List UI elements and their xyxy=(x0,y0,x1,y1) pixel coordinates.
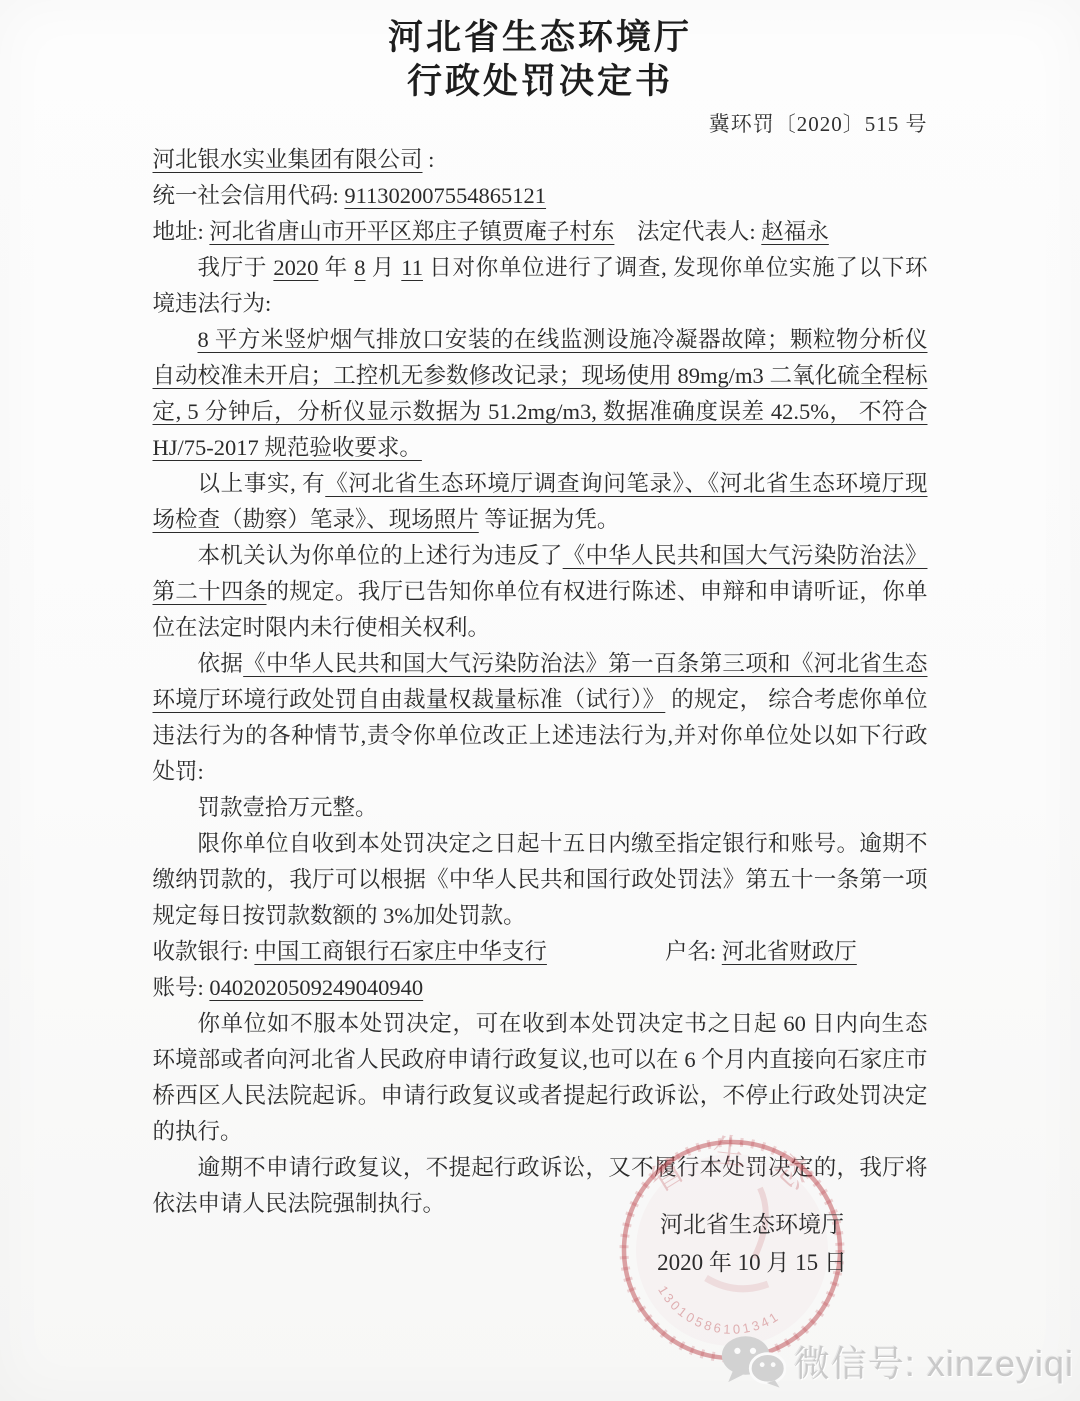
document-number: 冀环罚〔2020〕515 号 xyxy=(153,110,928,138)
title-line-1: 河北省生态环境厅 xyxy=(0,16,1080,60)
payment-deadline-paragraph: 限你单位自收到本处罚决定之日起十五日内缴至指定银行和账号。逾期不缴纳罚款的，我厅… xyxy=(153,826,928,934)
underlined-field: 河北省唐山市开平区郑庄子镇贾庵子村东 xyxy=(209,219,614,244)
wechat-icon xyxy=(720,1333,786,1389)
penalty-basis-paragraph: 依据《中华人民共和国大气污染防治法》第一百条第三项和《河北省生态环境厅环境行政处… xyxy=(153,646,928,790)
underlined-field: 11 xyxy=(401,255,423,280)
text-run: 收款银行: xyxy=(153,939,255,964)
fine-amount-paragraph: 罚款壹拾万元整。 xyxy=(153,790,928,826)
spacer xyxy=(547,958,665,959)
title-line-2: 行政处罚决定书 xyxy=(0,60,1080,104)
text-run: 你单位如不服本处罚决定，可在收到本处罚决定书之日起 60 日内向生态环境部或者向… xyxy=(153,1011,928,1144)
text-run: 本机关认为你单位的上述行为违反了 xyxy=(198,543,563,568)
text-run: 我厅于 xyxy=(198,255,274,280)
signature-date: 2020 年 10 月 15 日 xyxy=(618,1244,886,1282)
text-run: 的规定。我厅已告知你单位有权进行陈述、申辩和申请听证，你单位在法定时限内未行使相… xyxy=(153,579,928,640)
violation-paragraph: 8 平方米竖炉烟气排放口安装的在线监测设施冷凝器故障；颗粒物分析仪自动校准未开启… xyxy=(153,322,928,466)
underlined-field: 8 平方米竖炉烟气排放口安装的在线监测设施冷凝器故障；颗粒物分析仪自动校准未开启… xyxy=(153,327,928,460)
text-run: 法定代表人: xyxy=(614,219,761,244)
credit-code-line: 统一社会信用代码: 911302007554865121 xyxy=(153,178,928,214)
text-run: 户名: xyxy=(665,939,722,964)
text-run: : xyxy=(423,147,435,172)
text-run: 依据 xyxy=(198,651,244,676)
scanned-document-page: 河北省生态环境厅 行政处罚决定书 冀环罚〔2020〕515 号 河北银水实业集团… xyxy=(0,0,1080,1401)
text-run: 账号: xyxy=(153,975,210,1000)
signature-block: 河北省生态环境厅 2020 年 10 月 15 日 xyxy=(618,1206,886,1282)
text-run: 罚款壹拾万元整。 xyxy=(198,795,378,820)
underlined-field: 911302007554865121 xyxy=(344,183,546,208)
investigation-paragraph: 我厅于 2020 年 8 月 11 日对你单位进行了调查, 发现你单位实施了以下… xyxy=(153,250,928,322)
text-run: 统一社会信用代码: xyxy=(153,183,345,208)
text-run: 年 xyxy=(318,255,354,280)
underlined-field: 河北银水实业集团有限公司 xyxy=(153,147,423,172)
legal-finding-paragraph: 本机关认为你单位的上述行为违反了《中华人民共和国大气污染防治法》第二十四条的规定… xyxy=(153,538,928,646)
text-run: 以上事实, 有 xyxy=(198,471,326,496)
evidence-paragraph: 以上事实, 有《河北省生态环境厅调查询问笔录》、《河北省生态环境厅现场检查（勘察… xyxy=(153,466,928,538)
account-line: 账号: 0402020509249040940 xyxy=(153,970,928,1006)
underlined-field: 中国工商银行石家庄中华支行 xyxy=(254,939,547,964)
watermark: 微信号: xinzeyiqi xyxy=(720,1333,1074,1389)
text-run: 地址: xyxy=(153,219,210,244)
underlined-field: 0402020509249040940 xyxy=(209,975,423,1000)
address-line: 地址: 河北省唐山市开平区郑庄子镇贾庵子村东 法定代表人: 赵福永 xyxy=(153,214,928,250)
bank-line: 收款银行: 中国工商银行石家庄中华支行户名: 河北省财政厅 xyxy=(153,934,928,970)
underlined-field: 2020 xyxy=(273,255,318,280)
underlined-field: 赵福永 xyxy=(761,219,829,244)
document-body: 河北银水实业集团有限公司 :统一社会信用代码: 9113020075548651… xyxy=(153,142,928,1222)
recipient-line: 河北银水实业集团有限公司 : xyxy=(153,142,928,178)
watermark-text: 微信号: xinzeyiqi xyxy=(794,1336,1074,1387)
text-run: 限你单位自收到本处罚决定之日起十五日内缴至指定银行和账号。逾期不缴纳罚款的，我厅… xyxy=(153,831,928,928)
text-run: 月 xyxy=(365,255,401,280)
underlined-field: 河北省财政厅 xyxy=(722,939,857,964)
text-run: 等证据为凭。 xyxy=(479,507,620,532)
underlined-field: 8 xyxy=(354,255,365,280)
document-title: 河北省生态环境厅 行政处罚决定书 xyxy=(0,0,1080,104)
signature-agency: 河北省生态环境厅 xyxy=(618,1206,886,1244)
